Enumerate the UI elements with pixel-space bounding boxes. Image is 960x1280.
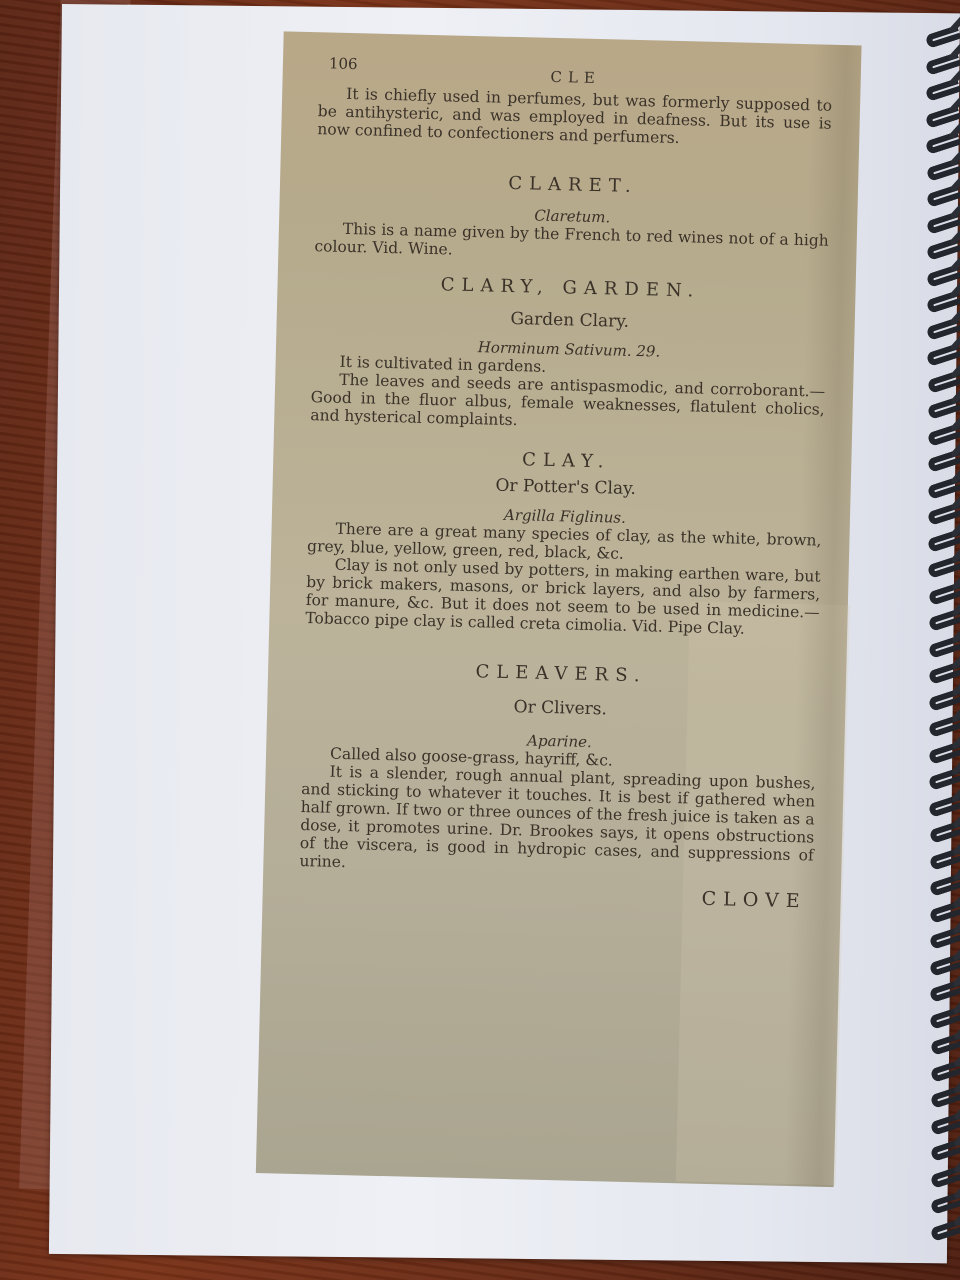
- spiral-coil: [925, 52, 960, 76]
- spiral-coil: [927, 502, 960, 526]
- spiral-coil: [926, 396, 960, 420]
- spiral-coil: [927, 449, 960, 473]
- spiral-coil: [925, 211, 960, 235]
- spiral-coil: [925, 105, 960, 129]
- spiral-coil: [930, 1218, 960, 1242]
- spiral-coil: [929, 1032, 960, 1056]
- spiral-coil: [927, 555, 960, 579]
- spiral-coil: [928, 714, 960, 738]
- spiral-coil: [926, 317, 960, 341]
- spiral-coil: [928, 688, 960, 712]
- spiral-coil: [928, 847, 960, 871]
- spiral-coil: [927, 635, 960, 659]
- spiral-coil: [929, 1085, 960, 1109]
- spiral-coil: [930, 1191, 960, 1215]
- page-text: 106 CLE It is chiefly used in perfumes, …: [299, 54, 834, 912]
- spiral-coil: [925, 131, 960, 155]
- spiral-coil: [929, 953, 960, 977]
- spiral-coil: [928, 661, 960, 685]
- spiral-coil: [929, 1059, 960, 1083]
- entry-paragraph: Clay is not only used by potters, in mak…: [305, 555, 821, 640]
- spiral-coil: [927, 476, 960, 500]
- spiral-binding: [920, 30, 960, 1280]
- scanned-book-page: 106 CLE It is chiefly used in perfumes, …: [256, 31, 862, 1187]
- spiral-coil: [929, 1006, 960, 1030]
- spiral-coil: [926, 423, 960, 447]
- spiral-coil: [927, 529, 960, 553]
- spiral-coil: [928, 820, 960, 844]
- spiral-coil: [926, 343, 960, 367]
- spiral-coil: [929, 979, 960, 1003]
- spiral-coil: [930, 1165, 960, 1189]
- spiral-coil: [929, 900, 960, 924]
- spiral-coil: [925, 184, 960, 208]
- spiral-coil: [930, 1138, 960, 1162]
- spiral-coil: [925, 158, 960, 182]
- spiral-coil: [926, 237, 960, 261]
- spiral-coil: [928, 873, 960, 897]
- catchword: CLOVE: [299, 878, 813, 913]
- spiral-coil: [926, 370, 960, 394]
- spiral-coil: [927, 608, 960, 632]
- spiral-coil: [930, 1112, 960, 1136]
- binder-sheet: 106 CLE It is chiefly used in perfumes, …: [49, 4, 960, 1263]
- entry-paragraph: It is a slender, rough annual plant, spr…: [299, 762, 815, 883]
- spiral-coil: [927, 582, 960, 606]
- spiral-coil: [928, 794, 960, 818]
- spiral-coil: [929, 926, 960, 950]
- spiral-coil: [926, 264, 960, 288]
- spiral-coil: [926, 290, 960, 314]
- spiral-coil: [928, 767, 960, 791]
- spiral-coil: [925, 78, 960, 102]
- spiral-coil: [928, 741, 960, 765]
